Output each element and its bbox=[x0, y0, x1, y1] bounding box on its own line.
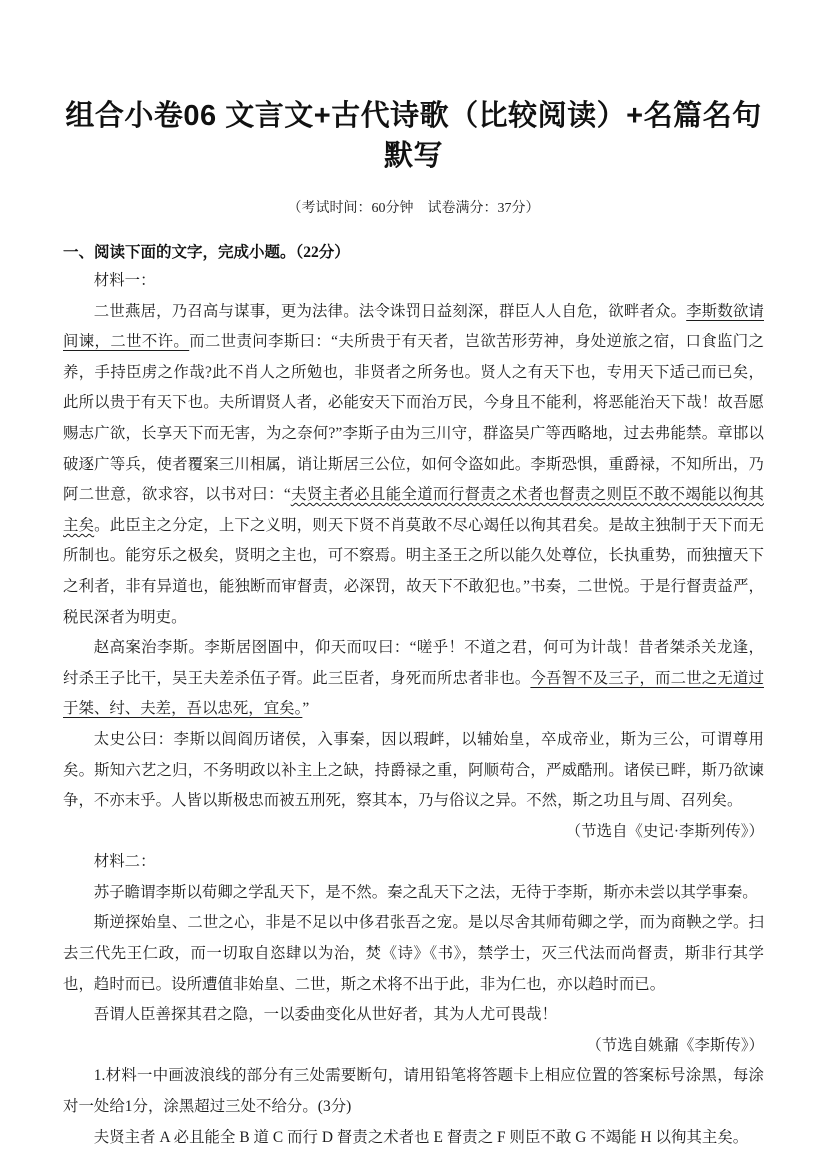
material1-paragraph3: 太史公曰：李斯以闾阎历诸侯，入事秦，因以瑕衅，以辅始皇，卒成帝业，斯为三公，可谓… bbox=[63, 725, 764, 817]
text-run: 而二世责问李斯曰：“夫所贵于有天者，岂欲苦形劳神，身处逆旅之宿，口食监门之养，手… bbox=[63, 333, 764, 503]
material1-paragraph1: 二世燕居，乃召高与谋事，更为法律。法令诛罚日益刻深，群臣人人自危，欲畔者众。李斯… bbox=[63, 297, 764, 634]
material2-paragraph3: 吾谓人臣善探其君之隐，一以委曲变化从世好者，其为人尤可畏哉！ bbox=[63, 1000, 764, 1031]
text-run: 二世燕居，乃召高与谋事，更为法律。法令诛罚日益刻深，群臣人人自危，欲畔者众。 bbox=[94, 303, 686, 320]
exam-time-score-info: （考试时间：60分钟 试卷满分：37分） bbox=[63, 198, 764, 220]
section1-heading: 一、阅读下面的文字，完成小题。（22分） bbox=[63, 240, 764, 266]
material1-label: 材料一： bbox=[63, 266, 764, 297]
question1-text: 1.材料一中画波浪线的部分有三处需要断句，请用铅笔将答题卡上相应位置的答案标号涂… bbox=[63, 1061, 764, 1122]
page-title: 组合小卷06 文言文+古代诗歌（比较阅读）+名篇名句默写 bbox=[63, 96, 764, 176]
text-run: 。此臣主之分定，上下之义明，则天下贤不肖莫敢不尽心竭任以徇其君矣。是故主独制于天… bbox=[63, 517, 764, 626]
material2-paragraph2: 斯逆探始皇、二世之心，非是不足以中侈君张吾之宠。是以尽舍其师荀卿之学，而为商鞅之… bbox=[63, 908, 764, 1000]
material2-paragraph1: 苏子瞻谓李斯以荀卿之学乱天下，是不然。秦之乱天下之法，无待于李斯，斯亦未尝以其学… bbox=[63, 878, 764, 909]
material2-citation: （节选自姚鼐《李斯传》） bbox=[63, 1031, 764, 1062]
question1-sentence-with-choices: 夫贤主者 A 必且能全 B 道 C 而行 D 督责之术者也 E 督责之 F 则臣… bbox=[63, 1123, 764, 1154]
material1-citation: （节选自《史记·李斯列传》） bbox=[63, 817, 764, 848]
material2-label: 材料二： bbox=[63, 847, 764, 878]
exam-paper-page: 组合小卷06 文言文+古代诗歌（比较阅读）+名篇名句默写 （考试时间：60分钟 … bbox=[0, 0, 827, 1169]
text-run: ” bbox=[302, 700, 309, 717]
material1-paragraph2: 赵高案治李斯。李斯居囹圄中，仰天而叹曰：“嗟乎！不道之君，何可为计哉！昔者桀杀关… bbox=[63, 633, 764, 725]
